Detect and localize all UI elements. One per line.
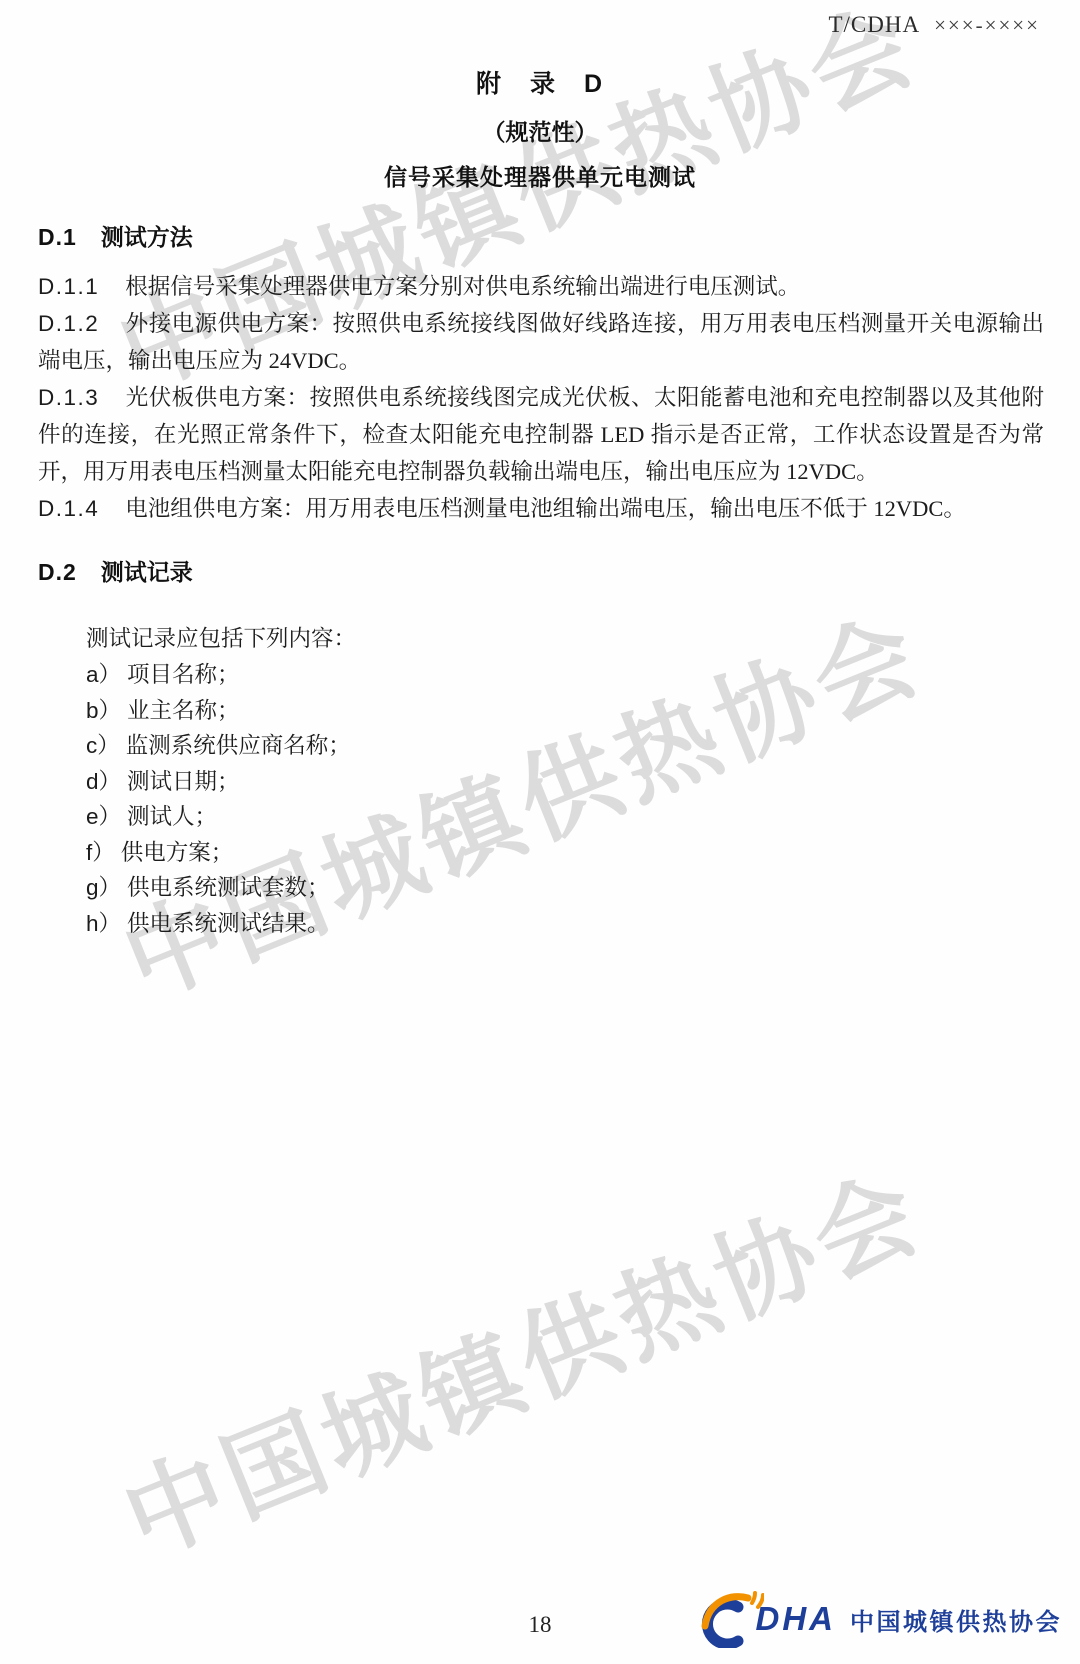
appendix-title: 附 录 D bbox=[0, 64, 1080, 100]
list-item: b）业主名称； bbox=[86, 693, 1044, 729]
clause-d1-1-number: D.1.1 bbox=[38, 274, 99, 299]
clause-d1-1: D.1.1根据信号采集处理器供电方案分别对供电系统输出端进行电压测试。 bbox=[38, 268, 1044, 305]
list-item-text: 供电方案； bbox=[121, 840, 234, 865]
appendix-subtitle: 信号采集处理器供单元电测试 bbox=[0, 159, 1080, 192]
list-item-label: c） bbox=[86, 733, 120, 758]
list-item-label: d） bbox=[86, 769, 121, 794]
doc-code-prefix: T/CDHA bbox=[828, 12, 920, 37]
record-list: a）项目名称； b）业主名称； c）监测系统供应商名称； d）测试日期； e）测… bbox=[38, 657, 1044, 941]
clause-d1-3-text: 光伏板供电方案：按照供电系统接线图完成光伏板、太阳能蓄电池和充电控制器以及其他附… bbox=[38, 385, 1044, 484]
cdha-logo-icon bbox=[698, 1590, 764, 1648]
cdha-logo: DHA 中国城镇供热协会 bbox=[698, 1590, 1063, 1648]
list-item: e）测试人； bbox=[86, 799, 1044, 835]
clause-d1-3-number: D.1.3 bbox=[38, 385, 99, 410]
watermark-bottom: 中国城镇供热协会 bbox=[100, 1132, 940, 1583]
list-item-text: 供电系统测试套数； bbox=[127, 875, 330, 900]
section-d2-title: 测试记录 bbox=[101, 559, 193, 585]
clause-d1-2-text: 外接电源供电方案：按照供电系统接线图做好线路连接，用万用表电压档测量开关电源输出… bbox=[38, 311, 1044, 373]
list-item: h）供电系统测试结果。 bbox=[86, 906, 1044, 942]
doc-code-number: ×××-×××× bbox=[934, 13, 1040, 37]
clause-d1-2: D.1.2外接电源供电方案：按照供电系统接线图做好线路连接，用万用表电压档测量开… bbox=[38, 305, 1044, 379]
section-d1-title: 测试方法 bbox=[101, 224, 193, 250]
list-item-label: h） bbox=[86, 911, 121, 936]
list-item-text: 供电系统测试结果。 bbox=[127, 911, 330, 936]
list-item: g）供电系统测试套数； bbox=[86, 870, 1044, 906]
list-item-text: 监测系统供应商名称； bbox=[126, 733, 351, 758]
list-item-text: 业主名称； bbox=[127, 698, 240, 723]
section-d1-heading: D.1测试方法 bbox=[38, 222, 1044, 252]
clause-d1-2-number: D.1.2 bbox=[38, 311, 99, 336]
section-d2-number: D.2 bbox=[38, 559, 77, 585]
list-item-text: 测试人； bbox=[127, 804, 217, 829]
list-item-text: 项目名称； bbox=[127, 662, 240, 687]
list-item-label: g） bbox=[86, 875, 121, 900]
normative-label: （规范性） bbox=[0, 114, 1080, 147]
list-item: d）测试日期； bbox=[86, 764, 1044, 800]
clause-d1-3: D.1.3光伏板供电方案：按照供电系统接线图完成光伏板、太阳能蓄电池和充电控制器… bbox=[38, 379, 1044, 490]
clause-d1-4: D.1.4电池组供电方案：用万用表电压档测量电池组输出端电压，输出电压不低于 1… bbox=[38, 490, 1044, 527]
section-d1-number: D.1 bbox=[38, 224, 77, 250]
list-item: c）监测系统供应商名称； bbox=[86, 728, 1044, 764]
list-item-text: 测试日期； bbox=[127, 769, 240, 794]
clause-d1-1-text: 根据信号采集处理器供电方案分别对供电系统输出端进行电压测试。 bbox=[125, 274, 800, 299]
list-item-label: a） bbox=[86, 662, 121, 687]
content-area: D.1测试方法 D.1.1根据信号采集处理器供电方案分别对供电系统输出端进行电压… bbox=[38, 222, 1044, 941]
doc-code: T/CDHA×××-×××× bbox=[828, 12, 1040, 38]
list-item: a）项目名称； bbox=[86, 657, 1044, 693]
list-item-label: e） bbox=[86, 804, 121, 829]
title-block: 附 录 D （规范性） 信号采集处理器供单元电测试 bbox=[0, 64, 1080, 192]
list-item: f）供电方案； bbox=[86, 835, 1044, 871]
cdha-logo-name: 中国城镇供热协会 bbox=[850, 1602, 1062, 1637]
clause-d1-4-text: 电池组供电方案：用万用表电压档测量电池组输出端电压，输出电压不低于 12VDC。 bbox=[125, 496, 966, 521]
list-item-label: b） bbox=[86, 698, 121, 723]
cdha-logo-acronym: DHA bbox=[756, 1600, 837, 1638]
record-list-intro: 测试记录应包括下列内容： bbox=[86, 621, 1044, 657]
document-page: 中国城镇供热协会 中国城镇供热协会 中国城镇供热协会 T/CDHA×××-×××… bbox=[0, 0, 1080, 1664]
section-d2-heading: D.2测试记录 bbox=[38, 557, 1044, 587]
list-item-label: f） bbox=[86, 840, 115, 865]
clause-d1-4-number: D.1.4 bbox=[38, 496, 99, 521]
